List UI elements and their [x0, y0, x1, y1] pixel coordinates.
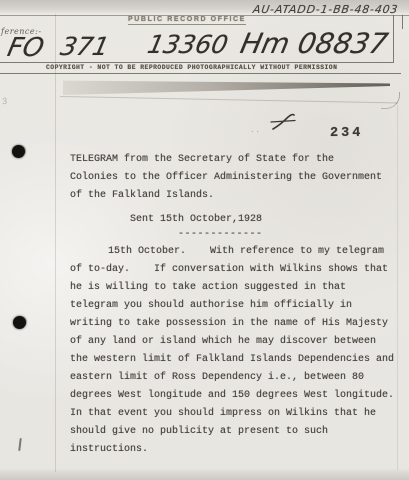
- handwritten-registry-mark: Hm 08837: [237, 27, 390, 60]
- handwritten-class-number: 371: [58, 32, 112, 61]
- handwritten-piece-number: 13360: [145, 30, 231, 59]
- public-record-office-stamp: PUBLIC RECORD OFFICE: [128, 16, 246, 25]
- paper-crease-line: [60, 96, 398, 111]
- hole-punch-mark-top: [12, 145, 25, 158]
- stamp-box-middle-line: [0, 62, 393, 63]
- scan-bottom-edge-shadow: [0, 468, 409, 480]
- paper-edge-shadow-wedge: [63, 79, 390, 95]
- left-fold-line: [55, 14, 56, 472]
- faint-pencil-mark: 3: [1, 96, 8, 107]
- handwritten-tick-mark-icon: [269, 113, 297, 133]
- faint-ink-dots: ..: [251, 124, 262, 134]
- stamp-box-topright-tick: [402, 15, 403, 29]
- telegram-body: 15th October. With reference to my teleg…: [70, 243, 406, 459]
- handwritten-series-code: FO: [5, 33, 47, 63]
- hole-punch-mark-bottom: [13, 316, 26, 329]
- stray-pen-mark: [18, 438, 22, 451]
- telegram-separator-dashes: -------------: [178, 226, 263, 244]
- stamp-box-bottom-line: [0, 73, 401, 74]
- copyright-notice: COPYRIGHT - NOT TO BE REPRODUCED PHOTOGR…: [46, 64, 337, 71]
- page-number: 234: [330, 126, 363, 141]
- stamp-box-right-line: [393, 15, 394, 63]
- document-scan-page: AU-ATADD-1-BB-48-403 PUBLIC RECORD OFFIC…: [0, 0, 409, 480]
- telegram-heading: TELEGRAM from the Secretary of State for…: [70, 151, 400, 205]
